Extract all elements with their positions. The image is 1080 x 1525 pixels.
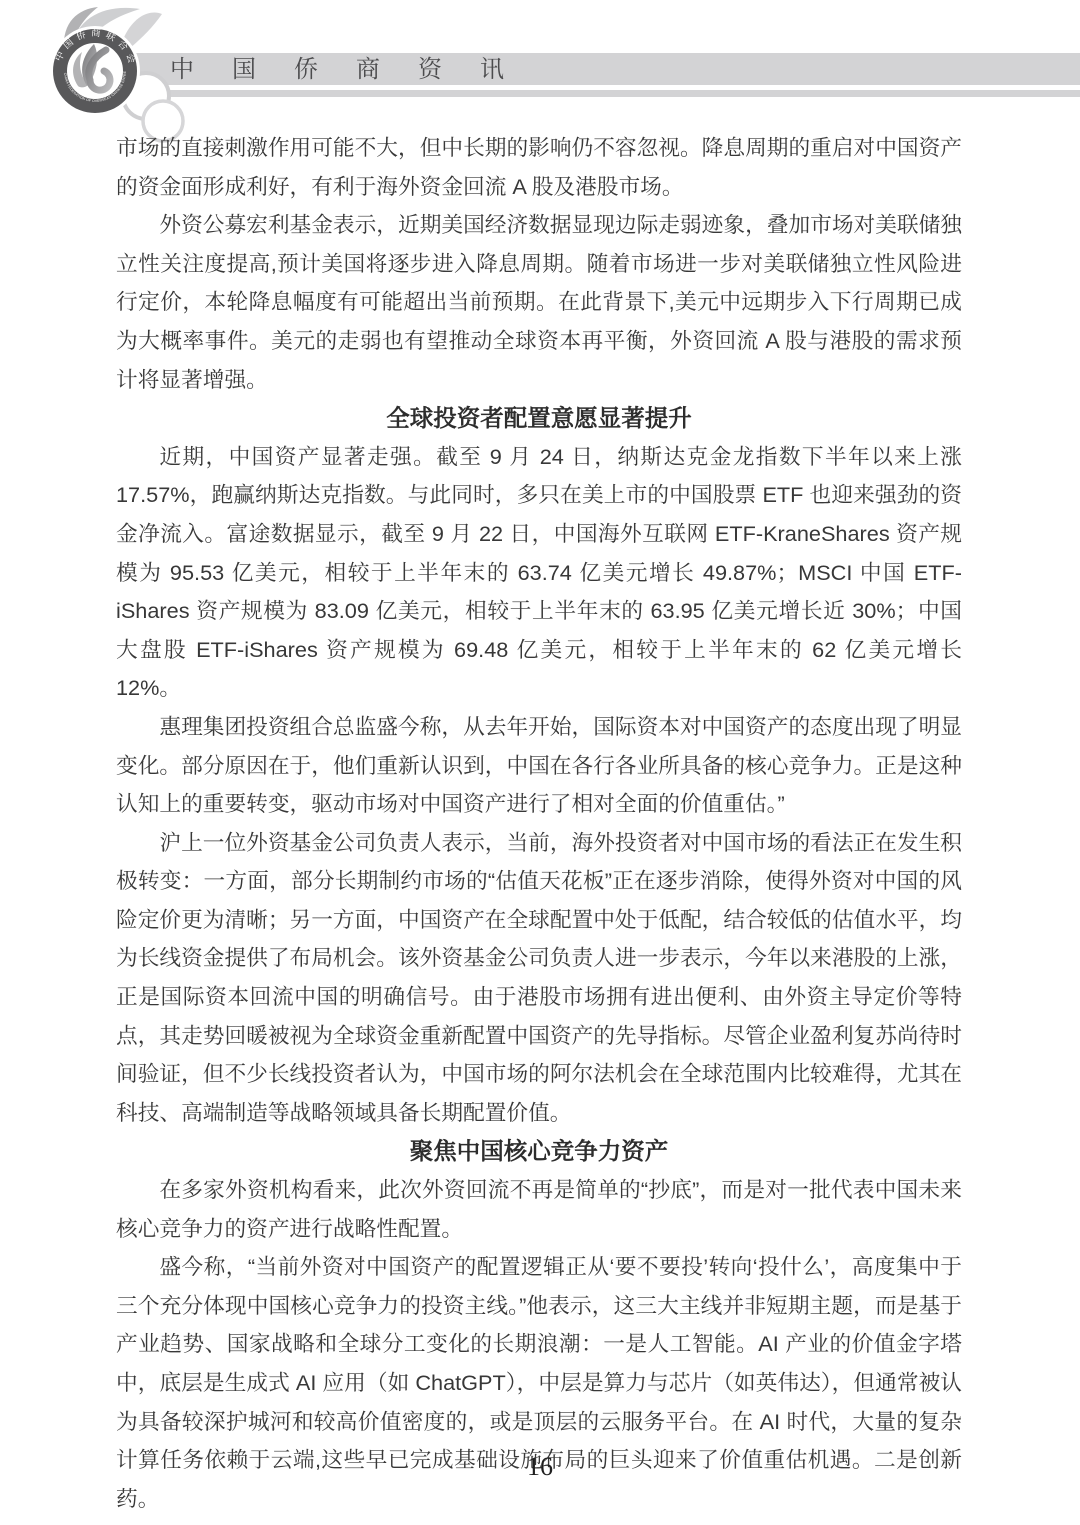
paragraph: 市场的直接刺激作用可能不大，但中长期的影响仍不容忽视。降息周期的重启对中国资产的… (116, 129, 962, 206)
paragraph: 外资公募宏利基金表示，近期美国经济数据显现边际走弱迹象，叠加市场对美联储独立性关… (116, 206, 962, 399)
paragraph: 近期，中国资产显著走强。截至 9 月 24 日，纳斯达克金龙指数下半年以来上涨 … (116, 438, 962, 708)
section-heading: 聚焦中国核心竞争力资产 (116, 1132, 962, 1171)
paragraph: 沪上一位外资基金公司负责人表示，当前，海外投资者对中国市场的看法正在发生积极转变… (116, 824, 962, 1133)
publication-title: 中国侨商资讯 (170, 53, 542, 85)
federation-logo-icon: 中国侨商联合会 CHINA FEDERATION OF OVERSEAS CHI… (0, 0, 200, 150)
article-body: 市场的直接刺激作用可能不大，但中长期的影响仍不容忽视。降息周期的重启对中国资产的… (116, 129, 962, 1518)
header-rule (140, 90, 1080, 97)
logo-seal: 中国侨商联合会 CHINA FEDERATION OF OVERSEAS CHI… (0, 0, 140, 116)
paragraph: 惠理集团投资组合总监盛今称，从去年开始，国际资本对中国资产的态度出现了明显变化。… (116, 708, 962, 824)
paragraph: 在多家外资机构看来，此次外资回流不再是简单的“抄底”，而是对一批代表中国未来核心… (116, 1171, 962, 1248)
section-heading: 全球投资者配置意愿显著提升 (116, 399, 962, 438)
page-number: 16 (0, 1452, 1080, 1482)
magazine-page: 中国侨商资讯 (0, 0, 1080, 1525)
